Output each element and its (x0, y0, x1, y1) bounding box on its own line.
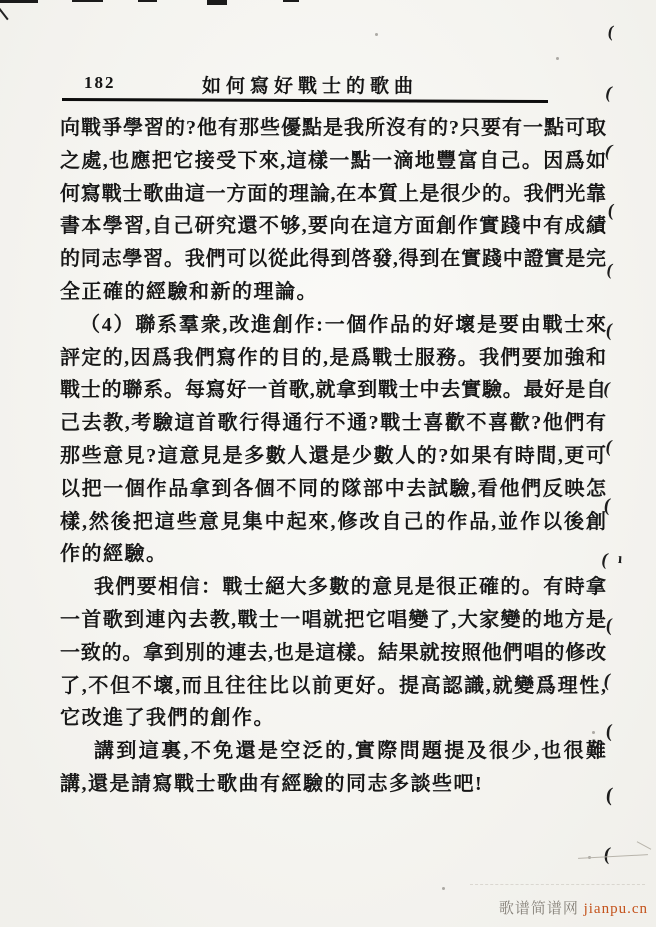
binding-mark: ( (605, 721, 613, 743)
scan-speck (388, 188, 391, 191)
scan-squiggle (637, 841, 652, 849)
text-line: 我們要相信：戰士絕大多數的意見是很正確的。有時拿 (60, 571, 606, 604)
text-line: 一致的。拿到別的連去,也是這樣。結果就按照他們唱的修改 (60, 637, 606, 670)
text-line: 之處,也應把它接受下來,這樣一點一滴地豐富自己。因爲如 (60, 145, 606, 178)
scan-edge-dash (0, 0, 38, 3)
page-text-block: 向戰爭學習的?他有那些優點是我所沒有的?只要有一點可取 之處,也應把它接受下來,… (60, 112, 606, 801)
text-line: 講到這裏,不免還是空泛的,實際問題提及很少,也很難 (60, 735, 606, 768)
text-line: 何寫戰士歌曲這一方面的理論,在本質上是很少的。我們光靠 (60, 178, 606, 211)
binding-mark: ( (605, 260, 614, 281)
text-line: 戰士的聯系。每寫好一首歌,就拿到戰士中去實驗。最好是自 (60, 374, 606, 407)
paragraph: 我們要相信：戰士絕大多數的意見是很正確的。有時拿 一首歌到連內去教,戰士一唱就把… (60, 571, 606, 735)
text-line: 的同志學習。我們可以從此得到啓發,得到在實踐中證實是完 (60, 243, 606, 276)
text-line: 評定的,因爲我們寫作的目的,是爲戰士服務。我們要加強和 (60, 342, 606, 375)
binding-mark: ( (607, 200, 615, 222)
scan-edge-dash (72, 0, 103, 2)
text-line: 作的經驗。 (60, 538, 606, 571)
text-line: 一首歌到連內去教,戰士一唱就把它唱變了,大家變的地方是 (60, 604, 606, 637)
scan-speck (375, 33, 378, 36)
binding-mark: ( (605, 615, 614, 638)
binding-mark: ( (607, 22, 615, 43)
scan-speck (556, 57, 559, 60)
scan-edge-dash (138, 0, 157, 2)
running-title: 如何寫好戰士的歌曲 (180, 71, 440, 98)
scan-edge-dash (283, 0, 299, 2)
binding-mark: ı (617, 551, 622, 568)
header-rule (62, 98, 548, 103)
binding-mark: ( (605, 784, 614, 808)
scanned-book-page: 182 如何寫好戰士的歌曲 向戰爭學習的?他有那些優點是我所沒有的?只要有一點可… (0, 0, 656, 927)
scan-corner-tick (0, 6, 9, 20)
text-line: 向戰爭學習的?他有那些優點是我所沒有的?只要有一點可取 (60, 112, 606, 145)
text-line: 己去教,考驗這首歌行得通行不通?戰士喜歡不喜歡?他們有 (60, 407, 606, 440)
scan-squiggle (578, 854, 648, 859)
text-line: （4）聯系羣衆,改進創作:一個作品的好壞是要由戰士來 (60, 309, 606, 342)
text-line: 全正確的經驗和新的理論。 (60, 276, 606, 309)
scan-edge-dash (207, 0, 227, 5)
text-line: 書本學習,自己研究還不够,要向在這方面創作實踐中有成績 (60, 210, 606, 243)
binding-mark: ( (602, 844, 611, 867)
scan-squiggle (470, 884, 645, 885)
paragraph: （4）聯系羣衆,改進創作:一個作品的好壞是要由戰士來 評定的,因爲我們寫作的目的… (60, 309, 606, 571)
text-line: 它改進了我們的創作。 (60, 702, 606, 735)
watermark: 歌谱简谱网 jianpu.cn (0, 897, 648, 918)
scan-speck (592, 731, 595, 734)
text-line: 講,還是請寫戰士歌曲有經驗的同志多談些吧! (60, 768, 606, 801)
text-line: 那些意見?這意見是多數人還是少數人的?如果有時間,更可 (60, 440, 606, 473)
text-line: 樣,然後把這些意見集中起來,修改自己的作品,並作以後創 (60, 506, 606, 539)
watermark-site-name: 歌谱简谱网 (499, 901, 579, 917)
scan-speck (540, 447, 543, 450)
paragraph: 講到這裏,不免還是空泛的,實際問題提及很少,也很難 講,還是請寫戰士歌曲有經驗的… (60, 735, 606, 801)
binding-mark: ( (604, 82, 615, 104)
watermark-site-url: jianpu.cn (584, 901, 648, 917)
scan-speck (442, 887, 445, 890)
page-number: 182 (84, 73, 116, 93)
text-line: 以把一個作品拿到各個不同的隊部中去試驗,看他們反映怎 (60, 473, 606, 506)
text-line: 了,不但不壞,而且往往比以前更好。提高認識,就變爲理性, (60, 670, 606, 703)
paragraph: 向戰爭學習的?他有那些優點是我所沒有的?只要有一點可取 之處,也應把它接受下來,… (60, 112, 606, 309)
